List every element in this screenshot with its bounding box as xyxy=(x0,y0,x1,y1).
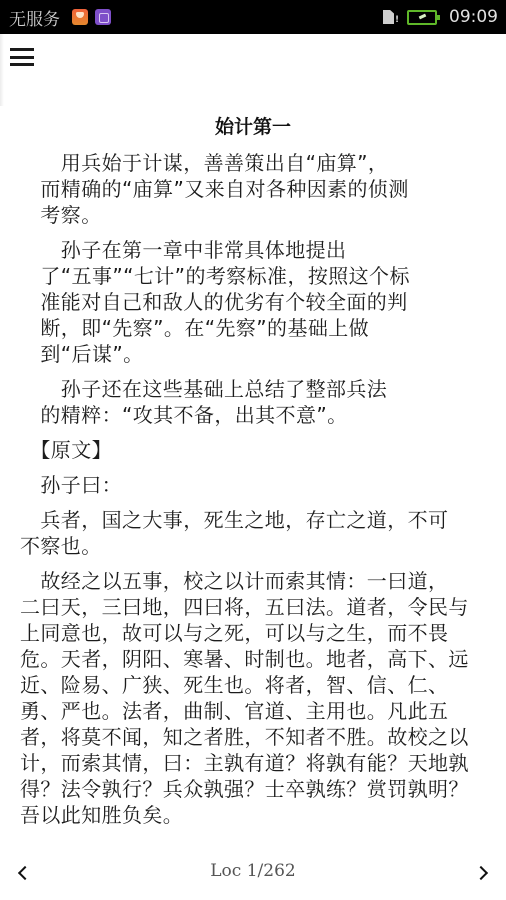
text-line: 考察。 xyxy=(20,202,490,228)
carrier-label: 无服务 xyxy=(9,5,60,30)
status-clock: 09:09 xyxy=(449,7,498,27)
text-line: 计，而索其情，曰：主孰有道？将孰有能？天地孰 xyxy=(20,750,490,776)
text-line: 吾以此知胜负矣。 xyxy=(20,802,490,828)
text-line: 上同意也，故可以与之死，可以与之生，而不畏 xyxy=(20,620,490,646)
status-left: 无服务 xyxy=(9,5,111,30)
text-line: 兵者，国之大事，死生之地，存亡之道，不可 xyxy=(20,507,490,533)
status-right: ! 09:09 xyxy=(383,7,498,27)
text-line: 故经之以五事，校之以计而索其情：一曰道， xyxy=(20,568,490,594)
reader-content: 用兵始于计谋，善善策出自“庙算”， 而精确的“庙算”又来自对各种因素的侦测 考察… xyxy=(20,150,490,837)
text-line: 者，将莫不闻，知之者胜，不知者不胜。故校之以 xyxy=(20,724,490,750)
text-line: 到“后谋”。 xyxy=(20,341,490,367)
text-line: 二曰天，三曰地，四曰将，五曰法。道者，令民与 xyxy=(20,594,490,620)
chapter-title: 始计第一 xyxy=(0,112,506,139)
chevron-right-icon xyxy=(474,866,488,880)
text-line: 【原文】 xyxy=(20,437,490,463)
paragraph: 兵者，国之大事，死生之地，存亡之道，不可 不察也。 xyxy=(20,507,490,559)
paragraph: 用兵始于计谋，善善策出自“庙算”， 而精确的“庙算”又来自对各种因素的侦测 考察… xyxy=(20,150,490,228)
hamburger-menu-icon-line xyxy=(10,56,34,59)
battery-charging-icon xyxy=(407,10,437,25)
text-line: 断，即“先察”。在“先察”的基础上做 xyxy=(20,315,490,341)
text-line: 准能对自己和敌人的优劣有个较全面的判 xyxy=(20,289,490,315)
sim-card-alert-icon: ! xyxy=(383,9,397,25)
text-line: 孙子在第一章中非常具体地提出 xyxy=(20,237,490,263)
text-line: 了“五事”“七计”的考察标准，按照这个标 xyxy=(20,263,490,289)
next-page-button[interactable] xyxy=(468,858,498,888)
paragraph: 孙子曰： xyxy=(20,472,490,498)
text-line: 不察也。 xyxy=(20,533,490,559)
hamburger-menu-icon-line xyxy=(10,63,34,66)
text-line: 孙子曰： xyxy=(20,472,490,498)
purple-app-notification-icon xyxy=(95,9,111,25)
paragraph: 孙子还在这些基础上总结了整部兵法 的精粹：“攻其不备，出其不意”。 xyxy=(20,376,490,428)
orange-app-notification-icon xyxy=(72,9,88,25)
status-bar: 无服务 ! 09:09 xyxy=(0,0,506,34)
section-label-original-text: 【原文】 xyxy=(20,437,490,463)
drawer-edge[interactable] xyxy=(0,34,4,106)
location-indicator: Loc 1/262 xyxy=(0,861,506,881)
text-line: 危。天者，阴阳、寒暑、时制也。地者，高下、远 xyxy=(20,646,490,672)
text-line: 近、险易、广狭、死生也。将者，智、信、仁、 xyxy=(20,672,490,698)
text-line: 得？法令孰行？兵众孰强？士卒孰练？赏罚孰明？ xyxy=(20,776,490,802)
text-line: 用兵始于计谋，善善策出自“庙算”， xyxy=(20,150,490,176)
text-line: 而精确的“庙算”又来自对各种因素的侦测 xyxy=(20,176,490,202)
menu-button[interactable] xyxy=(9,46,37,68)
text-line: 孙子还在这些基础上总结了整部兵法 xyxy=(20,376,490,402)
text-line: 勇、严也。法者，曲制、官道、主用也。凡此五 xyxy=(20,698,490,724)
paragraph: 故经之以五事，校之以计而索其情：一曰道， 二曰天，三曰地，四曰将，五曰法。道者，… xyxy=(20,568,490,828)
paragraph: 孙子在第一章中非常具体地提出 了“五事”“七计”的考察标准，按照这个标 准能对自… xyxy=(20,237,490,367)
hamburger-menu-icon xyxy=(10,48,34,51)
text-line: 的精粹：“攻其不备，出其不意”。 xyxy=(20,402,490,428)
